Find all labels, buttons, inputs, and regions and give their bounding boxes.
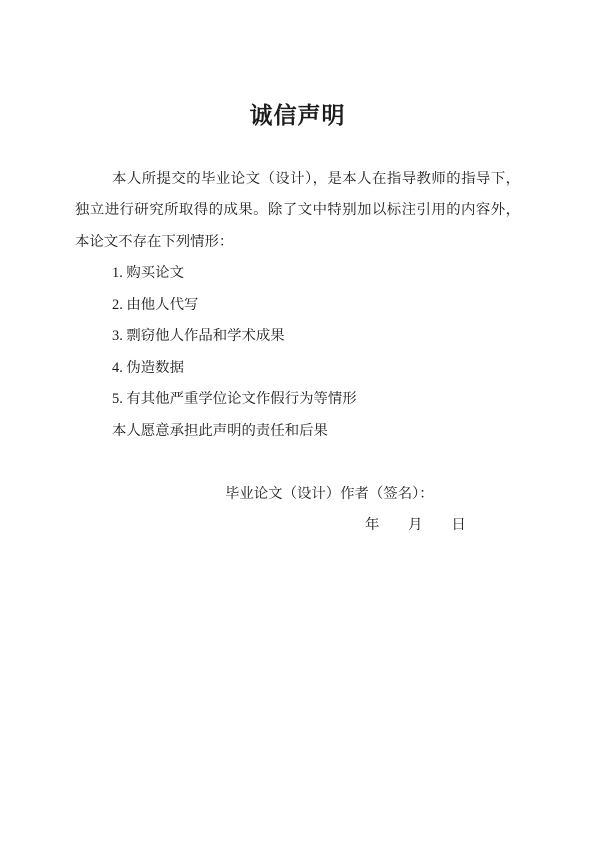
declaration-item-1: 1. 购买论文 [112,258,520,290]
declaration-item-5: 5. 有其他严重学位论文作假行为等情形 [112,384,520,416]
document-page: 诚信声明 本人所提交的毕业论文（设计），是本人在指导教师的指导下，独立进行研究所… [0,0,595,842]
declaration-paragraph: 本人所提交的毕业论文（设计），是本人在指导教师的指导下，独立进行研究所取得的成果… [75,164,520,259]
declaration-item-4: 4. 伪造数据 [112,353,520,385]
signature-label: 毕业论文（设计）作者（签名）： [75,479,520,511]
declaration-item-2: 2. 由他人代写 [112,290,520,322]
page-content: 诚信声明 本人所提交的毕业论文（设计），是本人在指导教师的指导下，独立进行研究所… [0,0,595,542]
declaration-item-3: 3. 剽窃他人作品和学术成果 [112,321,520,353]
declaration-title: 诚信声明 [75,0,520,132]
declaration-body: 本人所提交的毕业论文（设计），是本人在指导教师的指导下，独立进行研究所取得的成果… [75,164,520,448]
date-line: 年 月 日 [75,510,520,542]
signature-block: 毕业论文（设计）作者（签名）： 年 月 日 [75,479,520,542]
closing-statement: 本人愿意承担此声明的责任和后果 [112,416,520,448]
